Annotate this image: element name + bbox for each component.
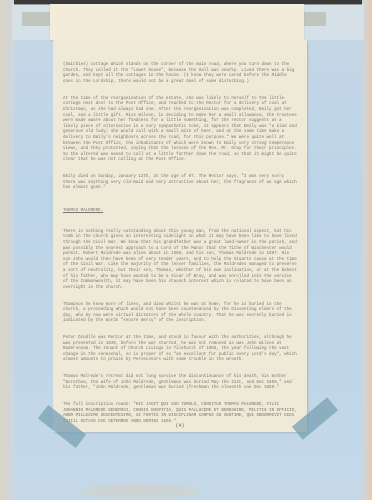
tape-top-right bbox=[304, 12, 326, 26]
paragraph: Peter Dindlle was Rector at the time, an… bbox=[63, 336, 299, 364]
page-number: (4) bbox=[53, 423, 307, 429]
paragraph: (Smithies) cottage which stands on the c… bbox=[63, 63, 299, 85]
board-right-edge bbox=[362, 0, 372, 500]
section-heading: THOMAS MALDREDE. bbox=[63, 209, 299, 215]
paper-slip-top bbox=[50, 4, 304, 40]
tape-top-left bbox=[22, 12, 52, 26]
paragraph: Thompson he knew more of lines, and died… bbox=[63, 303, 299, 325]
stain bbox=[80, 484, 200, 498]
paragraph: Thomas Malrede's retreat did not long su… bbox=[63, 375, 299, 392]
page-text: (Smithies) cottage which stands on the c… bbox=[63, 52, 299, 437]
paragraph: There is nothing really outstanding abou… bbox=[63, 230, 299, 292]
typed-page: (Smithies) cottage which stands on the c… bbox=[53, 40, 307, 432]
paragraph: Emily died on Sunday, January 13th, at t… bbox=[63, 175, 299, 192]
paragraph: At the time of the reorganisation of the… bbox=[63, 97, 299, 164]
mount-board: (Smithies) cottage which stands on the c… bbox=[0, 0, 372, 500]
board-left-edge bbox=[0, 0, 14, 500]
